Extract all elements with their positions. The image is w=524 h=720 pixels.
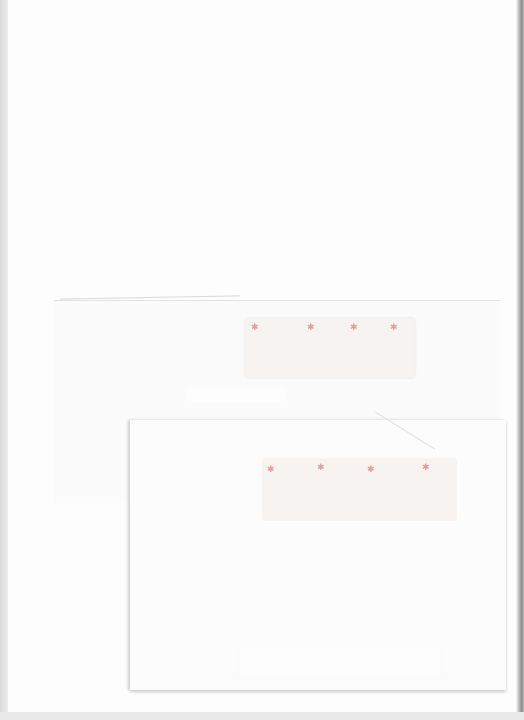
post-horn-logo-icon: ✱ [350, 322, 358, 333]
scan-edge-bottom [0, 712, 524, 720]
post-horn-logo-icon: ✱ [267, 464, 275, 475]
ornament-border-top [38, 40, 500, 52]
post-horn-logo-icon: ✱ [390, 322, 398, 333]
post-horn-logo-icon: ✱ [307, 322, 315, 333]
post-horn-logo-icon: ✱ [317, 462, 325, 473]
postage-label-2017: ✱ ✱ ✱ ✱ [262, 458, 457, 521]
postage-label-1999: ✱ ✱ ✱ ✱ [245, 318, 415, 378]
post-horn-logo-icon: ✱ [251, 322, 259, 333]
post-horn-logo-icon: ✱ [422, 462, 430, 473]
post-horn-logo-icon: ✱ [367, 464, 375, 475]
ornament-border-left [38, 52, 50, 692]
scan-edge-left [0, 0, 8, 720]
scan-edge-right [516, 0, 524, 720]
redaction [240, 648, 440, 678]
redaction [186, 388, 286, 402]
